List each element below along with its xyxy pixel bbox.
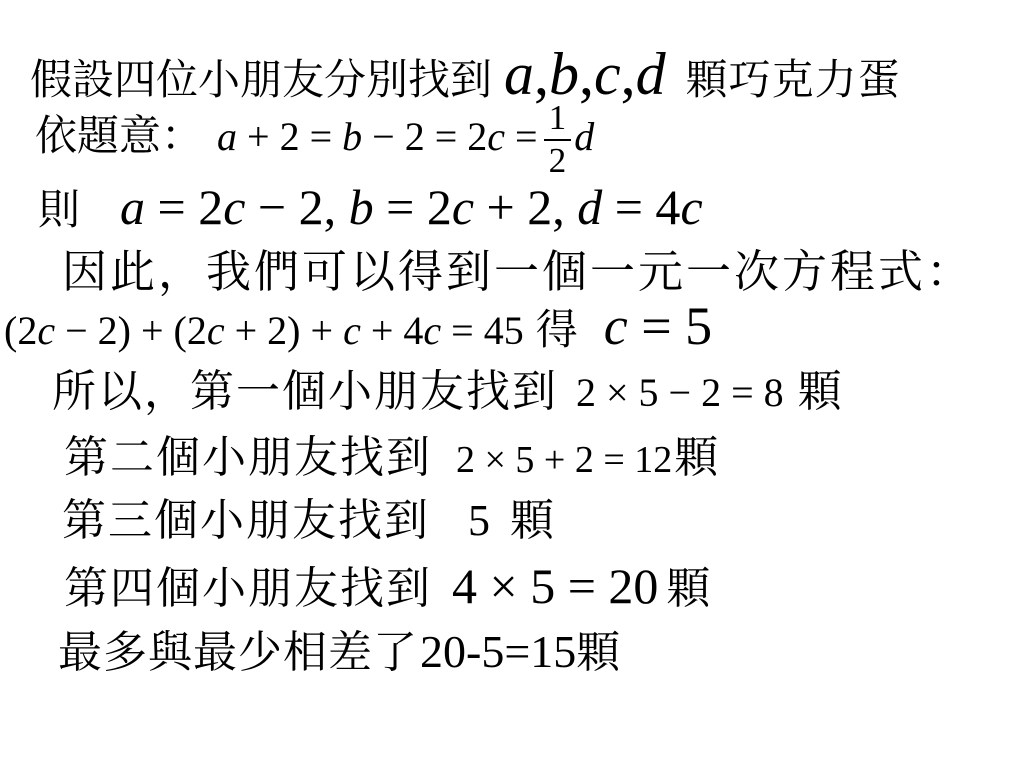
cjk-text: 顆 [510,496,554,545]
cjk-text: 依題意： [35,114,203,160]
math-text: a = 2c − 2, b = 2c + 2, d = 4c [120,179,703,235]
cjk-text: 所以，第一個小朋友找到 [52,367,558,416]
math-text: d [574,114,594,159]
math-text: 2 × 5 + 2 = 12 [456,439,672,481]
math-text: 5 [468,496,490,545]
slide: 假設四位小朋友分別找到a,b,c,d顆巧克力蛋依題意：a + 2 = b − 2… [0,0,1024,768]
cjk-text: 最多與最少相差了 [58,628,418,677]
math-text: (2c − 2) + (2c + 2) + c + 4c = 45 [4,308,524,353]
cjk-text: 則 [38,188,80,234]
cjk-text: 第三個小朋友找到 [62,496,430,545]
cjk-text: 第四個小朋友找到 [64,564,432,613]
math-text: a,b,c,d [504,41,666,107]
line-8-third-child: 第三個小朋友找到5顆 [62,499,554,543]
line-1-assumption: 假設四位小朋友分別找到a,b,c,d顆巧克力蛋 [30,44,901,104]
cjk-text: 顆 [674,433,718,482]
cjk-text: 因此，我們可以得到一個一元一次方程式： [62,247,974,297]
cjk-text: 顆 [666,564,710,613]
line-4-therefore: 因此，我們可以得到一個一元一次方程式： [62,250,974,295]
fraction-denominator: 2 [544,141,572,180]
math-text: a + 2 = b − 2 = 2c = [217,114,538,159]
cjk-text: 顆 [798,367,842,416]
fraction: 12 [544,100,572,180]
line-3-derived: 則a = 2c − 2, b = 2c + 2, d = 4c [38,182,703,232]
line-6-first-child: 所以，第一個小朋友找到2 × 5 − 2 = 8顆 [52,370,842,414]
cjk-text: 得 [536,308,578,354]
cjk-text: 顆巧克力蛋 [686,58,901,104]
line-7-second-child: 第二個小朋友找到2 × 5 + 2 = 12顆 [64,436,718,480]
math-text: 2 × 5 − 2 = 8 [576,370,784,415]
cjk-text: 假設四位小朋友分別找到 [30,58,492,104]
math-text: c = 5 [604,296,712,356]
cjk-text: 顆 [576,628,620,677]
line-5-equation: (2c − 2) + (2c + 2) + c + 4c = 45得c = 5 [4,299,712,353]
line-10-difference: 最多與最少相差了20-5=15顆 [58,629,620,675]
math-text: 20-5=15 [420,626,576,677]
fraction-numerator: 1 [544,100,572,141]
line-2-condition: 依題意：a + 2 = b − 2 = 2c =12d [35,100,594,180]
math-text: 4 × 5 = 20 [452,558,658,614]
cjk-text: 第二個小朋友找到 [64,433,432,482]
line-9-fourth-child: 第四個小朋友找到4 × 5 = 20顆 [64,561,710,611]
